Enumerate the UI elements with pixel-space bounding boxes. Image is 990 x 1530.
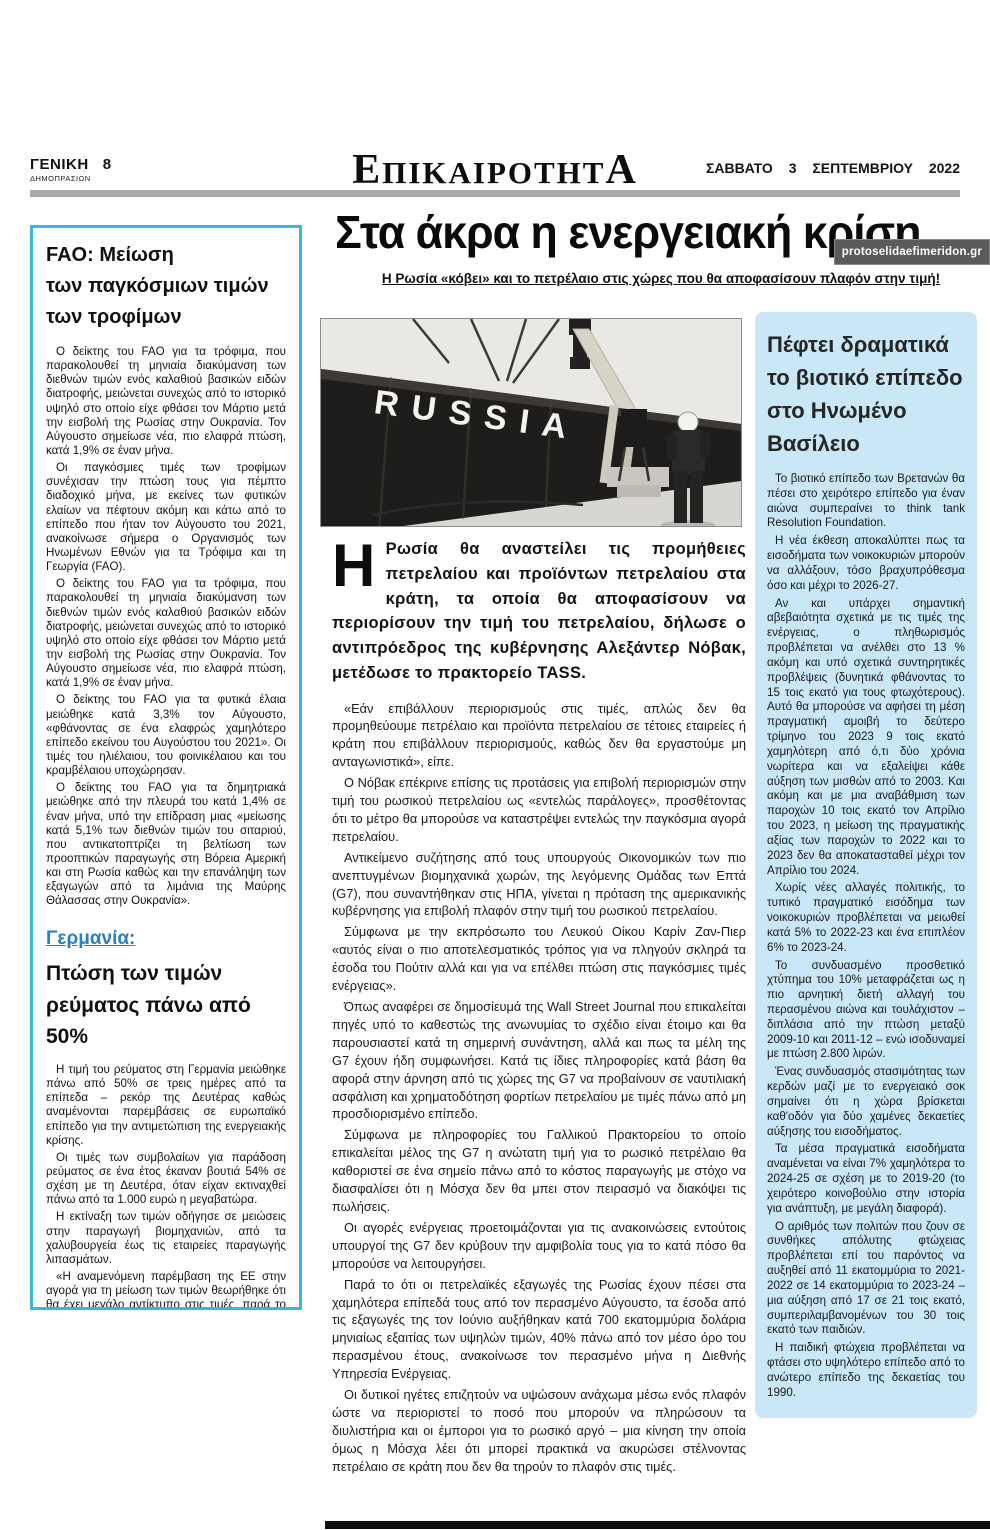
main-paragraph: Όπως αναφέρει σε δημοσίευμά της Wall Str…	[332, 998, 746, 1123]
main-paragraph: Σύμφωνα με την εκπρόσωπο του Λευκού Οίκο…	[332, 923, 746, 995]
fao-paragraph: Ο δείκτης του FAO για τα φυτικά έλαια με…	[46, 693, 286, 778]
germany-paragraph: Η εκτίναξη των τιμών οδήγησε σε μειώσεις…	[46, 1210, 286, 1267]
left-column-box: FAO: Μείωση των παγκόσμιων τιμών των τρο…	[30, 225, 302, 1310]
main-paragraph: Οι αγορές ενέργειας προετοιμάζονται για …	[332, 1219, 746, 1273]
main-subhead: Η Ρωσία «κόβει» και το πετρέλαιο στις χώ…	[335, 271, 987, 286]
fao-paragraph: Ο δείκτης του FAO για τα τρόφιμα, που πα…	[46, 577, 286, 690]
uk-paragraph: Αν και υπάρχει σημαντική αβεβαιότητα σχε…	[767, 597, 965, 879]
main-paragraph: Ο Νόβακ επέκρινε επίσης τις προτάσεις γι…	[332, 774, 746, 846]
germany-kicker: Γερμανία:	[46, 928, 286, 950]
lead-dropcap: Η	[332, 542, 376, 590]
germany-title-line: ρεύματος πάνω από 50%	[46, 990, 286, 1053]
lead-text: Ρωσία θα αναστείλει τις προμήθειες πετρε…	[332, 540, 746, 682]
uk-paragraph: Ένας συνδυασμός στασιμότητας των κερδών …	[767, 1065, 965, 1139]
main-paragraph: Σύμφωνα με πληροφορίες του Γαλλικού Πρακ…	[332, 1126, 746, 1216]
main-article-body: ΗΡωσία θα αναστείλει τις προμήθειες πετρ…	[332, 537, 746, 1479]
fao-title-line: των παγκόσμιων τιμών	[46, 271, 286, 302]
masthead-middle: ΠΙΚΑΙΡΟΤΗΤ	[382, 155, 605, 190]
main-paragraph: Αντικείμενο συζήτησης από τους υπουργούς…	[332, 849, 746, 921]
fao-paragraph: Ο δείκτης του FAO για τα τρόφιμα, που πα…	[46, 345, 286, 458]
germany-paragraph: «Η αναμενόμενη παρέμβαση της ΕΕ στην αγο…	[46, 1270, 286, 1310]
uk-paragraph: Η παιδική φτώχεια προβλέπεται να φτάσει …	[767, 1341, 965, 1400]
main-paragraph: «Εάν επιβάλλουν περιορισμούς στις τιμές,…	[332, 700, 746, 772]
uk-paragraph: Ο αριθμός των πολιτών που ζουν σε συνθήκ…	[767, 1220, 965, 1339]
uk-title-line: Πέφτει δραματικά	[767, 328, 965, 361]
uk-paragraph: Το συνδυασμένο προσθετικό χτύπημα του 10…	[767, 959, 965, 1063]
uk-paragraph: Το βιοτικό επίπεδο των Βρετανών θα πέσει…	[767, 472, 965, 531]
page-header: ΓΕΝΙΚΗ8 ΔΗΜΟΠΡΑΣΙΩΝ ΕΠΙΚΑΙΡΟΤΗΤΑ ΣΑΒΒΑΤΟ…	[30, 150, 960, 190]
bottom-scan-bar	[325, 1521, 990, 1529]
photo-support-cradle	[607, 467, 669, 487]
main-headline-block: Στα άκρα η ενεργειακή κρίση protoselidae…	[335, 206, 987, 286]
uk-article-title: Πέφτει δραματικά το βιοτικό επίπεδο στο …	[767, 328, 965, 460]
issue-date: ΣΑΒΒΑΤΟ 3 ΣΕΠΤΕΜΒΡΙΟΥ 2022	[706, 160, 960, 176]
uk-title-line: το βιοτικό επίπεδο	[767, 361, 965, 394]
fao-paragraph: Ο δείκτης του FAO για τα δημητριακά μειώ…	[46, 781, 286, 908]
fao-title-line: FAO: Μείωση	[46, 240, 286, 271]
fao-paragraph: Οι παγκόσμιες τιμές των τροφίμων συνέχισ…	[46, 461, 286, 574]
uk-title-line: Βασίλειο	[767, 427, 965, 460]
uk-sidebar-box: Πέφτει δραματικά το βιοτικό επίπεδο στο …	[755, 312, 977, 1418]
photo-support-base	[617, 485, 661, 497]
masthead-last-letter: Α	[605, 147, 637, 193]
germany-article-title: Πτώση των τιμών ρεύματος πάνω από 50%	[46, 958, 286, 1053]
uk-paragraph: Χωρίς νέες αλλαγές πολιτικής, το τυπικό …	[767, 881, 965, 955]
uk-paragraph: Τα μέσα πραγματικά εισοδήματα αναμένεται…	[767, 1142, 965, 1216]
main-paragraph: Παρά το ότι οι πετρελαϊκές εξαγωγές της …	[332, 1276, 746, 1383]
fao-article-title: FAO: Μείωση των παγκόσμιων τιμών των τρο…	[46, 240, 286, 333]
pipeline-photo: RUSSIA	[320, 318, 742, 527]
pipeline-photo-illustration: RUSSIA	[321, 319, 741, 526]
masthead-first-letter: Ε	[352, 147, 382, 193]
main-lead-paragraph: ΗΡωσία θα αναστείλει τις προμήθειες πετρ…	[332, 537, 746, 686]
fao-title-line: των τροφίμων	[46, 302, 286, 333]
germany-paragraph: Οι τιμές των συμβολαίων για παράδοση ρεύ…	[46, 1151, 286, 1208]
germany-paragraph: Η τιμή του ρεύματος στη Γερμανία μειώθηκ…	[46, 1063, 286, 1148]
main-paragraph: Οι δυτικοί ηγέτες επιζητούν να υψώσουν α…	[332, 1386, 746, 1476]
uk-paragraph: Η νέα έκθεση αποκαλύπτει πως τα εισοδήμα…	[767, 534, 965, 593]
uk-title-line: στο Ηνωμένο	[767, 394, 965, 427]
site-watermark: protoselidaefimeridon.gr	[835, 240, 989, 264]
header-divider	[30, 190, 960, 197]
germany-title-line: Πτώση των τιμών	[46, 958, 286, 990]
